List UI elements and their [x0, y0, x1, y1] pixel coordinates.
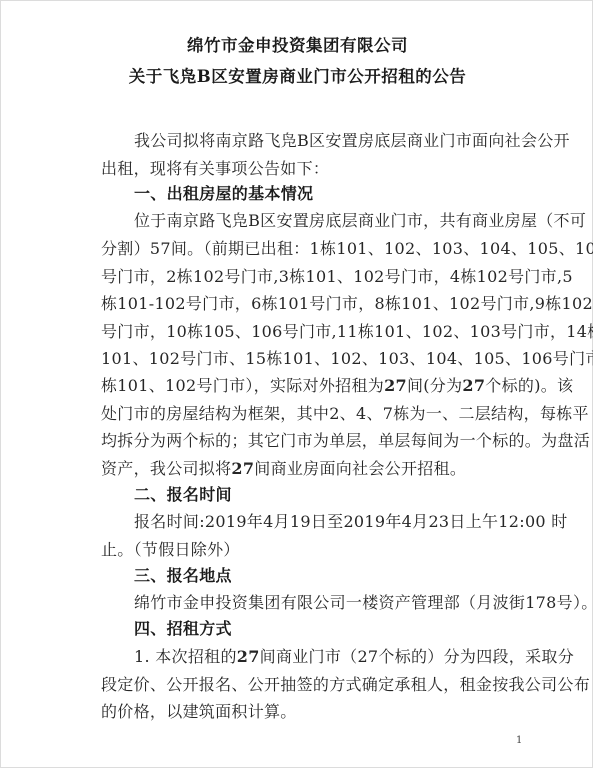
text-span: 个标的)。该	[485, 376, 573, 395]
section3-paragraph-line: 绵竹市金申投资集团有限公司一楼资产管理部（月波街178号）。	[134, 590, 593, 613]
page-number: 1	[516, 735, 522, 746]
document-title-subject: 关于飞凫B区安置房商业门市公开招租的公告	[1, 63, 593, 87]
section4-item-line: 的价格，以建筑面积计算。	[101, 699, 297, 722]
section4-item-line: 1. 本次招租的27间商业门市（27个标的）分为四段，采取分	[134, 644, 574, 667]
section-heading-leasing-method: 四、招租方式	[134, 616, 232, 639]
document-page: 绵竹市金申投资集团有限公司 关于飞凫B区安置房商业门市公开招租的公告 我公司拟将…	[0, 0, 593, 768]
text-span: 栋101、102号门市），实际对外招租为	[101, 376, 384, 395]
section1-paragraph-line: 号门市，10栋105、106号门市,11栋101、102、103号门市，14栋	[101, 319, 593, 342]
section1-paragraph-line: 位于南京路飞凫B区安置房底层商业门市，共有商业房屋（不可	[134, 208, 586, 231]
text-span: 间商业房面向社会公开招租。	[254, 459, 466, 478]
section1-paragraph-line: 处门市的房屋结构为框架，其中2、4、7栋为一、二层结构，每栋平	[101, 401, 589, 424]
section1-paragraph-line: 栋101、102号门市），实际对外招租为27间(分为27个标的)。该	[101, 373, 573, 396]
section1-paragraph-line: 均拆分为两个标的；其它门市为单层，单层每间为一个标的。为盘活	[101, 428, 590, 451]
section-heading-registration-time: 二、报名时间	[134, 482, 232, 505]
section1-paragraph-line: 资产，我公司拟将27间商业房面向社会公开招租。	[101, 456, 466, 479]
section2-paragraph-line: 止。（节假日除外）	[101, 537, 240, 560]
section1-paragraph-line: 栋101-102号门市，6栋101号门市，8栋101、102号门市,9栋102	[101, 291, 593, 314]
text-span: 间商业门市（27个标的）分为四段，采取分	[260, 647, 574, 666]
intro-paragraph-line: 出租，现将有关事项公告如下：	[101, 156, 329, 179]
section4-item-line: 段定价、公开报名、公开抽签的方式确定承租人，租金按我公司公布	[101, 672, 590, 695]
emphasized-number: 27	[384, 376, 407, 395]
emphasized-number: 27	[237, 647, 260, 666]
text-span: 资产，我公司拟将	[101, 459, 231, 478]
section-heading-registration-location: 三、报名地点	[134, 563, 232, 586]
emphasized-number: 27	[462, 376, 485, 395]
text-span: 1. 本次招租的	[134, 647, 237, 666]
section-heading-basic-info: 一、出租房屋的基本情况	[134, 181, 313, 204]
section1-paragraph-line: 分割）57间。（前期已出租：1栋101、102、103、104、105、106	[101, 236, 593, 259]
emphasized-number: 27	[231, 459, 254, 478]
section1-paragraph-line: 号门市，2栋102号门市,3栋101、102号门市，4栋102号门市,5	[101, 264, 573, 287]
section1-paragraph-line: 101、102号门市、15栋101、102、103、104、105、106号门市…	[101, 346, 593, 369]
document-title-company: 绵竹市金申投资集团有限公司	[1, 32, 593, 56]
intro-paragraph-line: 我公司拟将南京路飞凫B区安置房底层商业门市面向社会公开	[134, 128, 570, 151]
text-span: 间(分为	[407, 376, 462, 395]
section2-paragraph-line: 报名时间:2019年4月19日至2019年4月23日上午12:00 时	[134, 509, 568, 532]
